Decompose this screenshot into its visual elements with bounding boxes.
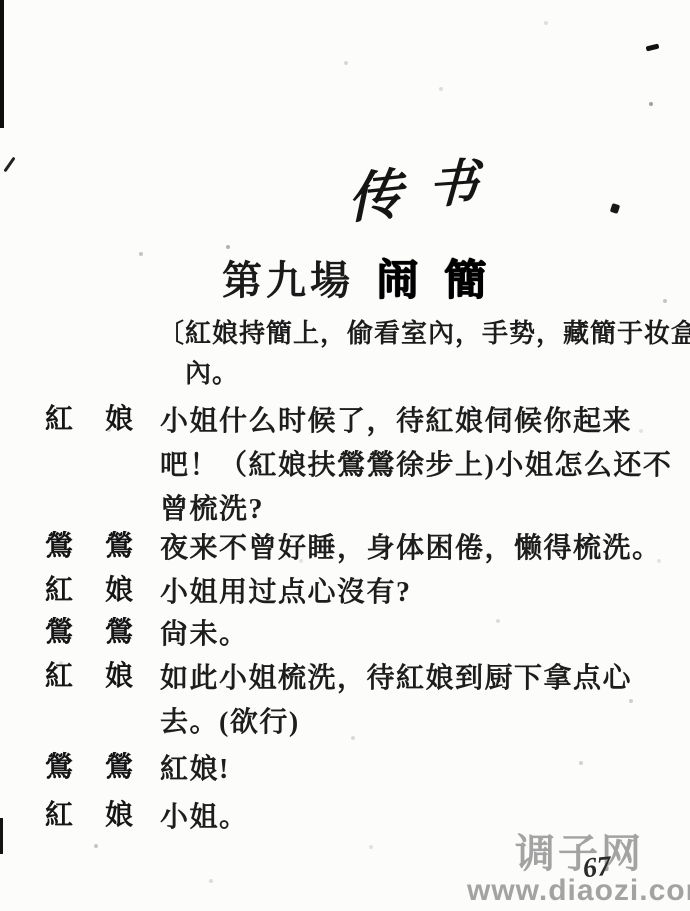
speech-text: 紅娘! — [160, 748, 660, 792]
speaker-name: 鶯 鶯 — [45, 748, 133, 788]
speaker-name: 紅 娘 — [45, 657, 133, 697]
scan-dash-mark — [646, 44, 660, 52]
speaker-name: 紅 娘 — [45, 796, 133, 836]
speaker-char: 鶯 — [45, 613, 73, 653]
scan-edge-strip-top — [0, 0, 4, 128]
stage-direction-line: 內。 — [158, 354, 663, 394]
speech-text: 小姐什么时候了，待紅娘伺候你起来 吧！（紅娘扶鶯鶯徐步上)小姐怎么还不 曾梳洗? — [160, 400, 660, 532]
speaker-char: 鶯 — [45, 527, 73, 567]
speech-text: 夜来不曾好睡，身体困倦，懒得梳洗。 — [160, 527, 660, 571]
page-number: 67 — [582, 853, 613, 884]
stage-direction-line: 〔紅娘持簡上，偷看室內，手势，藏簡于妆盒 — [158, 314, 663, 354]
watermark-site-name: 调子网 — [515, 834, 644, 874]
speech-line: 紅娘! — [160, 748, 660, 792]
speech-line: 如此小姐梳洗，待紅娘到厨下拿点心 — [160, 657, 660, 701]
speaker-name: 紅 娘 — [45, 571, 133, 611]
stage-direction: 〔紅娘持簡上，偷看室內，手势，藏簡于妆盒 內。 — [158, 314, 663, 394]
speech-text: 尙未。 — [160, 613, 660, 657]
speech-line: 小姐什么时候了，待紅娘伺候你起来 — [160, 400, 660, 444]
speech-line: 曾梳洗? — [160, 488, 660, 532]
scan-stroke-mark — [3, 157, 15, 173]
speaker-char: 鶯 — [105, 527, 133, 567]
scene-title: 闹簡 — [376, 258, 512, 304]
speaker-char: 娘 — [105, 796, 133, 836]
handwritten-title: 传 书 — [348, 170, 508, 248]
handwritten-char-1: 传 — [347, 167, 403, 227]
scan-speckles — [0, 0, 2, 2]
speaker-char: 鶯 — [105, 748, 133, 788]
scan-edge-strip-bottom — [0, 818, 3, 854]
speech-line: 尙未。 — [160, 613, 660, 657]
speaker-char: 娘 — [105, 571, 133, 611]
speaker-name: 鶯 鶯 — [45, 613, 133, 653]
speech-text: 小姐用过点心沒有? — [160, 571, 660, 615]
scan-blob-mark — [610, 203, 620, 214]
watermark-site-url: www.diaozi.com — [467, 876, 690, 906]
speaker-name: 紅 娘 — [45, 400, 133, 440]
speech-line: 去。(欲行) — [160, 701, 660, 745]
speaker-char: 鶯 — [105, 613, 133, 653]
speaker-char: 紅 — [45, 571, 73, 611]
speech-line: 小姐用过点心沒有? — [160, 571, 660, 615]
speech-text: 如此小姐梳洗，待紅娘到厨下拿点心 去。(欲行) — [160, 657, 660, 745]
speaker-char: 紅 — [45, 400, 73, 440]
speaker-char: 紅 — [45, 796, 73, 836]
speech-line: 夜来不曾好睡，身体困倦，懒得梳洗。 — [160, 527, 660, 571]
speaker-name: 鶯 鶯 — [45, 527, 133, 567]
speaker-char: 娘 — [105, 400, 133, 440]
handwritten-char-2: 书 — [427, 157, 479, 211]
speaker-char: 娘 — [105, 657, 133, 697]
speaker-char: 鶯 — [45, 748, 73, 788]
scene-number: 第九場 — [222, 258, 354, 303]
speech-line: 吧！（紅娘扶鶯鶯徐步上)小姐怎么还不 — [160, 444, 660, 488]
scanned-book-page: { "page": { "number": "67", "handwritten… — [0, 0, 690, 911]
scene-heading: 第九場 闹簡 — [222, 247, 512, 307]
speaker-char: 紅 — [45, 657, 73, 697]
